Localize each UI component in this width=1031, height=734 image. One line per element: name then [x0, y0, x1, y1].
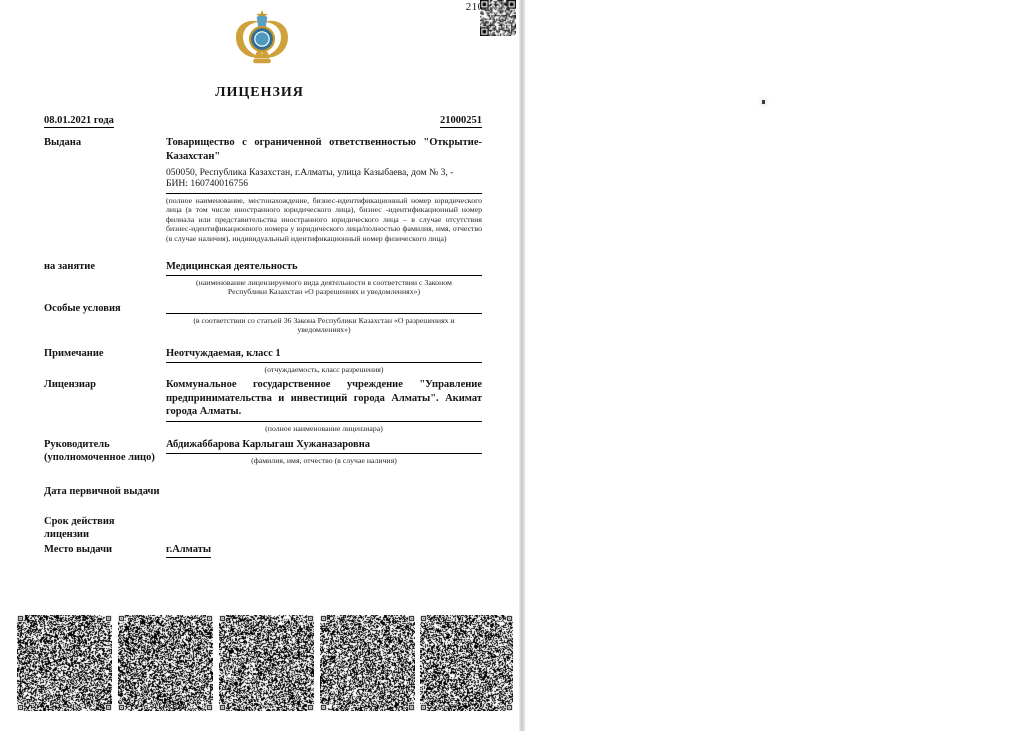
field-label: Выдана [44, 136, 166, 149]
barcode-strip [0, 615, 519, 712]
page-title: ЛИЦЕНЗИЯ [0, 85, 519, 101]
field-label: Лицензиар [44, 378, 166, 391]
activity-value: Медицинская деятельность [166, 260, 482, 276]
note-value: Неотчуждаемая, класс 1 [166, 347, 482, 363]
field-hint: (наименование лицензируемого вида деятел… [186, 278, 462, 297]
issue-date: 08.01.2021 года [44, 115, 114, 128]
field-label: Место выдачи [44, 543, 166, 556]
head-person-value: Абдижаббарова Карлыгаш Хужаназаровна [166, 438, 482, 454]
license-page: 21000251 ЛИЦЕНЗИЯ 08.01.2021 года 210002… [0, 0, 519, 734]
screen-speck-dot [762, 100, 765, 104]
data-matrix-barcode-1 [17, 615, 112, 711]
field-label: Примечание [44, 347, 166, 360]
field-hint: (отчуждаемость, класс разрешения) [186, 365, 462, 374]
kazakhstan-coat-of-arms-icon [231, 7, 293, 76]
field-hint: (полное наименование лицензиара) [186, 424, 462, 433]
license-number: 21000251 [440, 115, 482, 128]
licensee-name: Товарищество с ограниченной ответственно… [166, 136, 482, 163]
field-label: Руководитель (уполномоченное лицо) [44, 438, 166, 464]
data-matrix-barcode-4 [320, 615, 415, 711]
field-label: Особые условия [44, 302, 166, 315]
field-hint: (фамилия, имя, отчество (в случае наличи… [186, 456, 462, 465]
empty-value-line [166, 302, 482, 314]
field-label: Дата первичной выдачи [44, 485, 184, 498]
qr-code [480, 0, 516, 36]
field-label: Срок действия лицензии [44, 515, 134, 541]
bin-line: БИН: 160740016756 [166, 178, 482, 189]
field-label: на занятие [44, 260, 166, 273]
field-hint: (в соответствии со статьей 36 Закона Рес… [186, 316, 462, 335]
licensor-value: Коммунальное государственное учреждение … [166, 378, 482, 422]
document-viewer: 21000251 ЛИЦЕНЗИЯ 08.01.2021 года 210002… [0, 0, 1031, 734]
page-edge-divider [519, 0, 525, 731]
field-rule [166, 193, 482, 194]
licensee-address: 050050, Республика Казахстан, г.Алматы, … [166, 167, 482, 189]
data-matrix-barcode-5 [420, 615, 513, 711]
data-matrix-barcode-3 [219, 615, 314, 711]
address-line: 050050, Республика Казахстан, г.Алматы, … [166, 167, 482, 178]
data-matrix-barcode-2 [118, 615, 213, 711]
field-hint: (полное наименование, местонахождение, б… [166, 196, 482, 243]
issue-place-value: г.Алматы [166, 543, 211, 558]
